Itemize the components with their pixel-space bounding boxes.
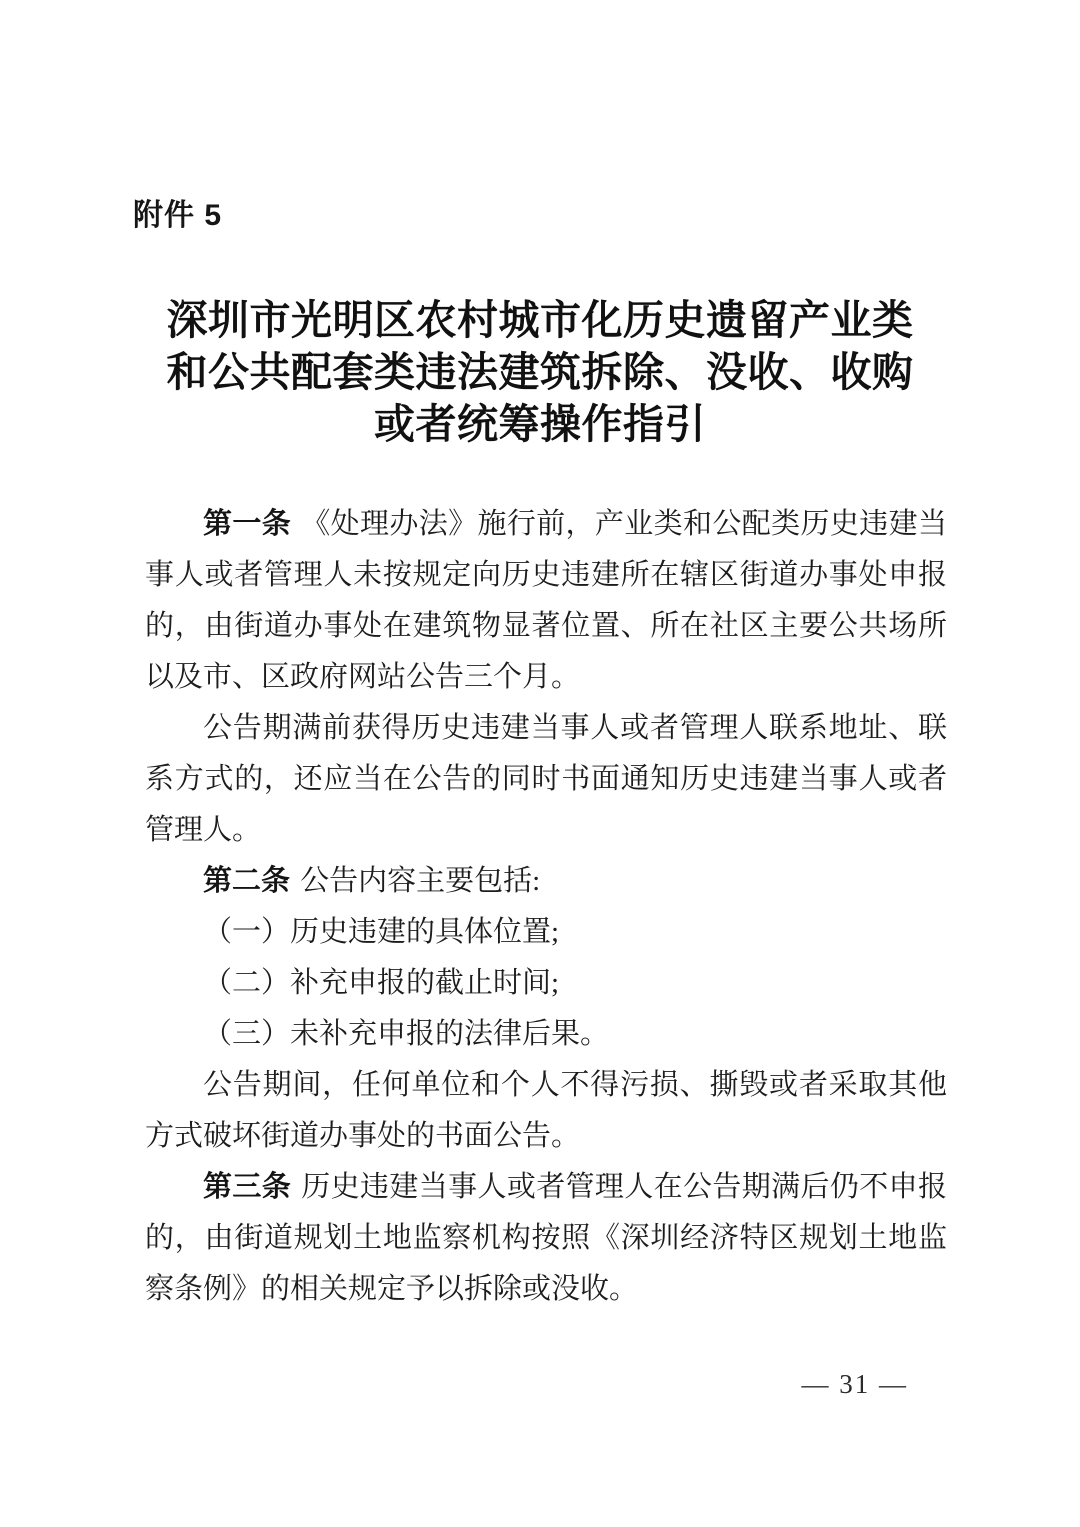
page-number: — 31 — <box>802 1368 909 1400</box>
document-title: 深圳市光明区农村城市化历史遗留产业类 和公共配套类违法建筑拆除、没收、收购 或者… <box>140 294 940 450</box>
document-page: 附件 5 深圳市光明区农村城市化历史遗留产业类 和公共配套类违法建筑拆除、没收、… <box>0 0 1080 1527</box>
paragraph: 公告期满前获得历史违建当事人或者管理人联系地址、联系方式的，还应当在公告的同时书… <box>145 703 947 856</box>
paragraph-article-2: 第二条公告内容主要包括: <box>145 856 947 907</box>
attachment-number-label: 附件 5 <box>133 196 222 236</box>
paragraph-text: 公告期满前获得历史违建当事人或者管理人联系地址、联系方式的，还应当在公告的同时书… <box>145 712 947 846</box>
document-title-line-3: 或者统筹操作指引 <box>140 398 940 450</box>
document-title-line-2: 和公共配套类违法建筑拆除、没收、收购 <box>140 346 940 398</box>
paragraph-article-1: 第一条《处理办法》施行前，产业类和公配类历史违建当事人或者管理人未按规定向历史违… <box>145 499 947 703</box>
article-number: 第三条 <box>203 1171 291 1203</box>
list-item-1: （一）历史违建的具体位置; <box>145 907 947 958</box>
list-item-2: （二）补充申报的截止时间; <box>145 958 947 1009</box>
paragraph-text: 公告期间，任何单位和个人不得污损、撕毁或者采取其他方式破坏街道办事处的书面公告。 <box>145 1069 947 1152</box>
paragraph-text: （三）未补充申报的法律后果。 <box>203 1018 609 1050</box>
paragraph-text: 公告内容主要包括: <box>300 865 540 897</box>
paragraph: 公告期间，任何单位和个人不得污损、撕毁或者采取其他方式破坏街道办事处的书面公告。 <box>145 1060 947 1162</box>
paragraph-text: （一）历史违建的具体位置; <box>203 916 559 948</box>
paragraph-text: （二）补充申报的截止时间; <box>203 967 559 999</box>
document-title-line-1: 深圳市光明区农村城市化历史遗留产业类 <box>140 294 940 346</box>
list-item-3: （三）未补充申报的法律后果。 <box>145 1009 947 1060</box>
paragraph-article-3: 第三条历史违建当事人或者管理人在公告期满后仍不申报的，由街道规划土地监察机构按照… <box>145 1162 947 1315</box>
article-number: 第一条 <box>203 508 291 540</box>
document-body: 第一条《处理办法》施行前，产业类和公配类历史违建当事人或者管理人未按规定向历史违… <box>145 499 947 1315</box>
article-number: 第二条 <box>203 865 290 897</box>
